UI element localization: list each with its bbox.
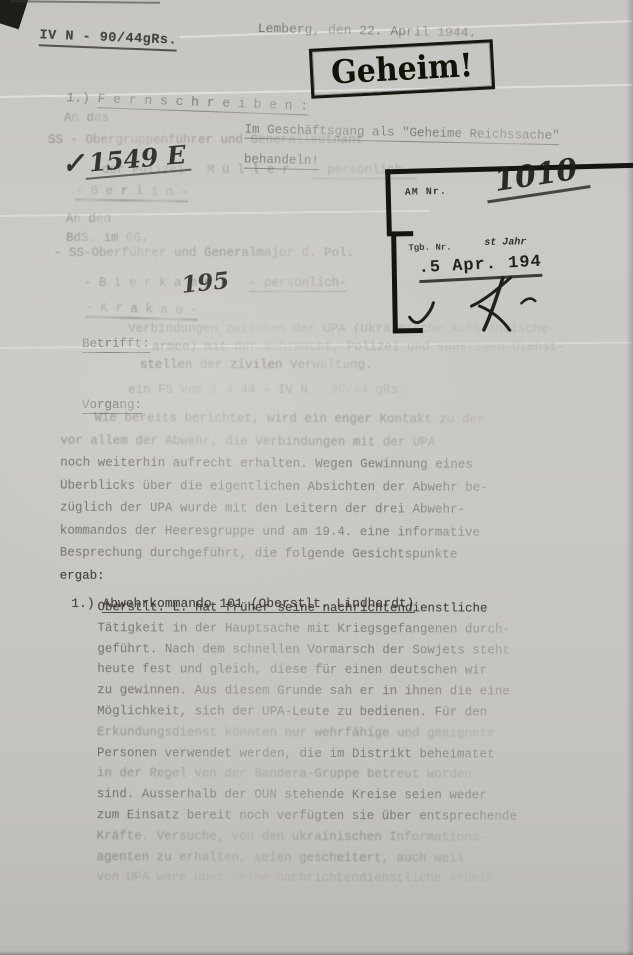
paragraph-line: Kräfte. Versuche, von den ukrainischen I… [97,829,577,851]
address-krakau-line1: BdS. im GG. [66,231,149,246]
document-scan: IV N - 90/44gRs. Lemberg, den 22. April … [0,0,633,955]
paragraph-line: Wie bereits berichtet, wird ein enger Ko… [60,411,580,436]
paragraph-line: kommandos der Heeresgruppe und am 19.4. … [60,523,580,548]
registry-stamp-box: AM Nr. 1010 [385,163,633,237]
paragraph-line: noch weiterhin aufrecht erhalten. Wegen … [60,456,580,481]
received-stamp-label-right: st Jahr [484,237,526,249]
paragraph-line: Erkundungsdienst könnten nur wehrfähige … [97,725,577,747]
handwritten-note-krakau: 195 [180,267,231,299]
paragraph-line: Besprechung durchgeführt, die folgende G… [60,546,580,571]
address-berlin-city-text: - B e r l i n - [75,184,188,203]
paragraph-line: geführt. Nach dem schnellen Vormarsch de… [97,642,577,664]
secret-stamp-text: Geheim! [330,46,474,91]
paragraph-line: züglich der UPA wurde mit den Leitern de… [60,501,580,526]
paragraph-intro: Wie bereits berichtet, wird ein enger Ko… [60,411,581,594]
paragraph-line: von UPA wäre über seine nachrichtendiens… [96,871,576,893]
received-stamp-box: Tgb. Nr. st Jahr .5 Apr. 194 [391,229,563,334]
paragraph-line: agenten zu erhalten, seien gescheitert, … [97,850,577,872]
paragraph-line: sind. Ausserhalb der OUN stehende Kreise… [97,787,577,809]
paper-edge-right [626,0,633,955]
registry-stamp-label: AM Nr. [405,187,447,199]
file-reference: IV N - 90/44gRs. [4,12,178,64]
paragraph-line: Möglichkeit, sich der UPA-Leute zu bedie… [97,704,577,726]
address-krakau-salutation: An den [66,212,111,227]
address-krakau-city-text: - K r a k a u - [85,301,198,321]
scan-top-edge [10,0,160,4]
reference-text: ein FS vom 1.4.44 - IV N - 90/44 gRs. [128,383,406,398]
telex-heading-number: 1.) [66,90,98,106]
paper-edge-bottom [0,951,633,955]
subject-line3: stellen der zivilen Verwaltung. [140,358,373,373]
subject-line1: Verbindungen zwischen der UPA (Ukrainisc… [128,322,556,337]
paragraph-line: Überblicks über die eigentlichen Absicht… [60,478,580,503]
paragraph-line: in der Regel von der Bandera-Gruppe betr… [97,767,577,789]
paragraph-line: Oberstlt. L. hat früher seine nachrichte… [97,600,577,622]
paragraph-section1: Oberstlt. L. hat früher seine nachrichte… [96,600,577,893]
paragraph-line: Personen verwendet werden, die im Distri… [97,746,577,768]
subject-label-text: Betrifft: [82,337,150,353]
address-krakau-line2: - SS-Oberführer und Generalmajor d. Pol. [54,246,354,261]
secret-stamp: Geheim! [309,39,495,99]
file-reference-text: IV N - 90/44gRs. [39,28,177,51]
dateline: Lemberg, den 22. April 1944. [258,21,477,41]
paragraph-line: zu gewinnen. Aus diesem Grunde sah er in… [97,683,577,705]
handwritten-tick-icon: ✓ [60,146,86,181]
paragraph-line: vor allem der Abwehr, die Verbindungen m… [60,433,580,458]
paragraph-line: heute fest und gleich, diese für einen d… [97,663,577,685]
received-stamp-label-left: Tgb. Nr. [408,242,451,253]
subject-line2: armee) mit der Wehrmacht, Polizei und so… [152,340,565,355]
paragraph-line: Tätigkeit in der Hauptsache mit Kriegsge… [97,621,577,643]
address-berlin-salutation: An das [64,111,109,126]
address-krakau-personal: - persönlich- [249,276,347,292]
paragraph-line: zum Einsatz bereit noch verfügten sie üb… [97,808,577,830]
